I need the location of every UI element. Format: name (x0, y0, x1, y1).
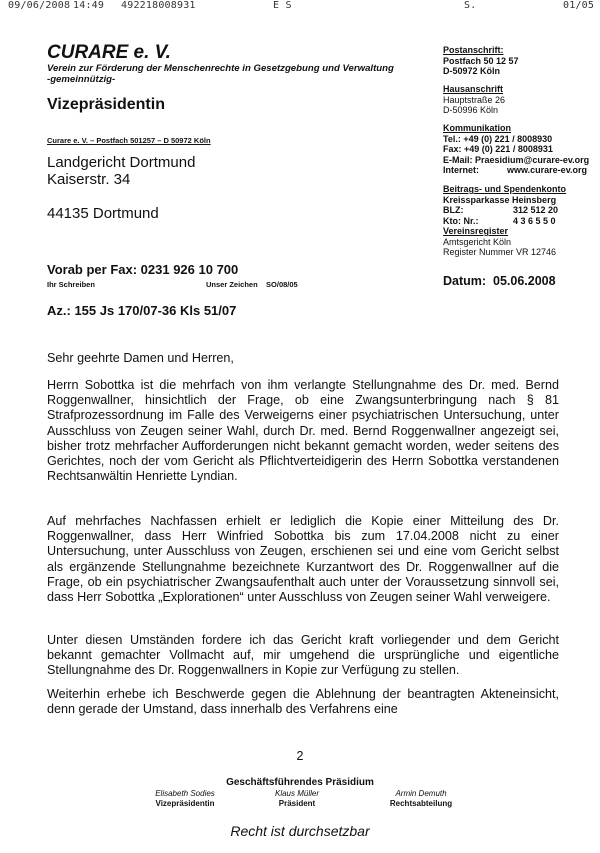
postal-heading: Postanschrift: (443, 45, 519, 56)
date-label: Datum: (443, 274, 486, 288)
org-status: -gemeinnützig- (47, 74, 394, 85)
org-subtitle-block: Verein zur Förderung der Menschenrechte … (47, 63, 394, 85)
paragraph-2: Auf mehrfaches Nachfassen erhielt er led… (47, 514, 559, 605)
paragraph-3: Unter diesen Umständen fordere ich das G… (47, 633, 559, 679)
register-block: Vereinsregister Amtsgericht Köln Registe… (443, 226, 556, 258)
kto-value: 4 3 6 5 5 0 (513, 216, 556, 227)
blz-value: 312 512 20 (513, 205, 558, 216)
postal-line2: D-50972 Köln (443, 66, 519, 77)
org-subtitle: Verein zur Förderung der Menschenrechte … (47, 63, 394, 74)
date-value: 05.06.2008 (493, 274, 556, 288)
recipient-line3: 44135 Dortmund (47, 205, 195, 222)
blz-label: BLZ: (443, 205, 501, 216)
internet-value[interactable]: www.curare-ev.org (507, 165, 587, 176)
role-title: Vizepräsidentin (47, 96, 165, 114)
reference-row: Ihr Schreiben Unser Zeichen SO/08/05 (47, 280, 347, 289)
file-reference: Az.: 155 Js 170/07-36 Kls 51/07 (47, 303, 236, 318)
member-role: Rechtsabteilung (376, 799, 466, 809)
kto-label: Kto: Nr.: (443, 216, 501, 227)
register-line1: Amtsgericht Köln (443, 237, 556, 248)
member-role: Vizepräsidentin (140, 799, 230, 809)
email-label: E-Mail: (443, 155, 473, 165)
communication-heading: Kommunikation (443, 123, 589, 134)
postal-line1: Postfach 50 12 57 (443, 56, 519, 67)
board-member-2: Klaus Müller Präsident (252, 789, 342, 809)
fax-header-number: 492218008931 (121, 0, 196, 11)
fax-label: Fax: (443, 144, 462, 154)
fax-header-page: 01/05 (563, 0, 594, 11)
register-line2: Register Nummer VR 12746 (443, 247, 556, 258)
house-line2: D-50996 Köln (443, 105, 505, 116)
fax-header-date: 09/06/2008 (8, 0, 70, 11)
communication-block: Kommunikation Tel.: +49 (0) 221 / 800893… (443, 123, 589, 176)
recipient-line2: Kaiserstr. 34 (47, 171, 195, 188)
register-heading: Vereinsregister (443, 226, 556, 237)
recipient-line1: Landgericht Dortmund (47, 154, 195, 171)
bank-name: Kreissparkasse Heinsberg (443, 195, 566, 206)
fax-advance-line: Vorab per Fax: 0231 926 10 700 (47, 262, 238, 277)
paragraph-4: Weiterhin erhebe ich Beschwerde gegen di… (47, 687, 559, 717)
member-name: Elisabeth Sodies (140, 789, 230, 799)
recipient-address: Landgericht Dortmund Kaiserstr. 34 44135… (47, 154, 195, 222)
house-heading: Hausanschrift (443, 84, 505, 95)
internet-label: Internet: (443, 165, 501, 176)
fax-value: +49 (0) 221 / 8008931 (464, 144, 553, 154)
board-title: Geschäftsführendes Präsidium (0, 777, 600, 788)
member-name: Armin Demuth (376, 789, 466, 799)
postal-address-block: Postanschrift: Postfach 50 12 57 D-50972… (443, 45, 519, 77)
house-address-block: Hausanschrift Hauptstraße 26 D-50996 Köl… (443, 84, 505, 116)
your-letter-label: Ihr Schreiben (47, 280, 95, 289)
date-line: Datum: 05.06.2008 (443, 274, 556, 288)
return-address: Curare e. V. – Postfach 501257 – D 50972… (47, 136, 211, 145)
member-role: Präsident (252, 799, 342, 809)
board-member-1: Elisabeth Sodies Vizepräsidentin (140, 789, 230, 809)
our-ref-value: SO/08/05 (266, 280, 298, 289)
fax-header-page-label: S. (464, 0, 476, 11)
tel-value: +49 (0) 221 / 8008930 (463, 134, 552, 144)
fax-header-sender: E S (273, 0, 292, 11)
email-value[interactable]: Praesidium@curare-ev.org (475, 155, 589, 165)
paragraph-1: Herrn Sobottka ist die mehrfach von ihm … (47, 378, 559, 484)
motto: Recht ist durchsetzbar (0, 823, 600, 839)
house-line1: Hauptstraße 26 (443, 95, 505, 106)
tel-label: Tel.: (443, 134, 461, 144)
greeting: Sehr geehrte Damen und Herren, (47, 351, 559, 366)
org-name: CURARE e. V. (47, 42, 171, 64)
board-member-3: Armin Demuth Rechtsabteilung (376, 789, 466, 809)
bank-heading: Beitrags- und Spendenkonto (443, 184, 566, 195)
bank-block: Beitrags- und Spendenkonto Kreissparkass… (443, 184, 566, 226)
fax-header-time: 14:49 (73, 0, 104, 11)
page-number: 2 (0, 749, 600, 763)
member-name: Klaus Müller (252, 789, 342, 799)
our-ref-label: Unser Zeichen (206, 280, 258, 289)
